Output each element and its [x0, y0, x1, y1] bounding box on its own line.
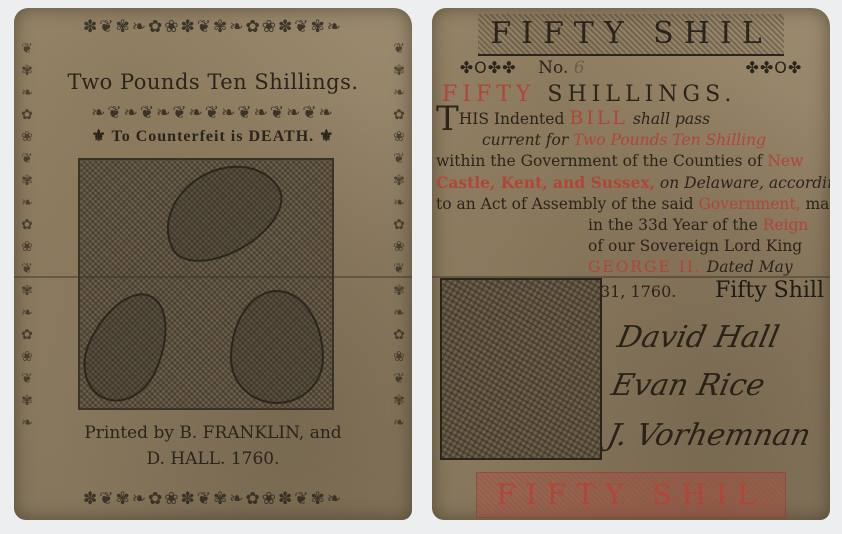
fifty-shil-footer: FIFTY SHIL: [476, 472, 786, 518]
leaf-icon: [230, 290, 324, 404]
fifty-shil-header: FIFTY SHIL: [478, 14, 784, 56]
left-ornament: ✤O✤✤: [460, 58, 517, 77]
banknote-front: ✽❦✾❧✿❀✽❦✾❧✿❀✽❦✾❧ ❦✾❧✿❀❦✾❧✿❀❦✾❧✿❀❦✾❧ ❦✾❧✿…: [14, 8, 412, 520]
denomination-black: SHILLINGS.: [547, 82, 736, 107]
text-span-red: Castle, Kent, and Sussex,: [436, 173, 655, 192]
text-span: made: [801, 195, 830, 213]
text-span: to an Act of Assembly of the said: [436, 195, 699, 213]
top-border-ornament: ✽❦✾❧✿❀✽❦✾❧✿❀✽❦✾❧: [32, 14, 394, 40]
text-span: HIS Indented: [459, 110, 570, 128]
text-span-red: GEORGE II.: [588, 258, 702, 276]
signature-2: Evan Rice: [608, 368, 768, 403]
crown-seal-print: [440, 278, 602, 460]
text-span-red: BILL: [569, 107, 628, 129]
printer-line-1: Printed by B. FRANKLIN, and: [14, 420, 412, 446]
bill-text: THIS Indented BILL shall pass current fo…: [436, 108, 828, 278]
serial-number: 6: [574, 58, 585, 78]
fifty-shill-label: Fifty Shill: [715, 278, 824, 303]
denomination: FIFTY SHILLINGS.: [442, 82, 826, 107]
text-span-red: Two Pounds Ten Shilling: [573, 131, 766, 149]
text-span: on Delaware, according: [655, 174, 830, 192]
signature-3: J. Vorhemnan: [604, 418, 814, 453]
text-span: Dated May: [702, 258, 793, 276]
divider-ornament: ❧❦❧❦❧❦❧❦❧❦❧❦❧❦❧: [42, 100, 384, 126]
leaf-icon: [69, 280, 184, 415]
text-span-red: New: [767, 152, 803, 170]
banknote-back: FIFTY SHIL ✤O✤✤ No. 6 ✤✤O✤ FIFTY SHILLIN…: [432, 8, 830, 520]
text-span: current for: [482, 131, 573, 149]
issue-date: 31, 1760.: [600, 282, 676, 301]
text-span: within the Government of the Counties of: [436, 152, 767, 170]
text-span: of our Sovereign Lord King: [588, 237, 802, 255]
printer-credit: Printed by B. FRANKLIN, and D. HALL. 176…: [14, 420, 412, 472]
number-label: No.: [538, 58, 568, 78]
denomination-title: Two Pounds Ten Shillings.: [14, 70, 412, 94]
leaf-nature-print: [78, 158, 334, 410]
bottom-border-ornament: ✽❦✾❧✿❀✽❦✾❧✿❀✽❦✾❧: [32, 486, 394, 512]
serial-number-row: ✤O✤✤ No. 6 ✤✤O✤: [432, 58, 830, 78]
text-span-red: Government,: [699, 195, 801, 213]
leaf-icon: [147, 145, 296, 280]
text-span: in the 33d Year of the: [588, 216, 763, 234]
right-ornament: ✤✤O✤: [745, 58, 802, 77]
signature-1: David Hall: [614, 320, 782, 355]
printer-line-2: D. HALL. 1760.: [14, 446, 412, 472]
text-span-red: Reign: [763, 216, 809, 234]
text-span: shall pass: [628, 110, 710, 128]
counterfeit-warning: ⚜ To Counterfeit is DEATH. ⚜: [14, 126, 412, 146]
drop-cap: T: [436, 99, 459, 139]
